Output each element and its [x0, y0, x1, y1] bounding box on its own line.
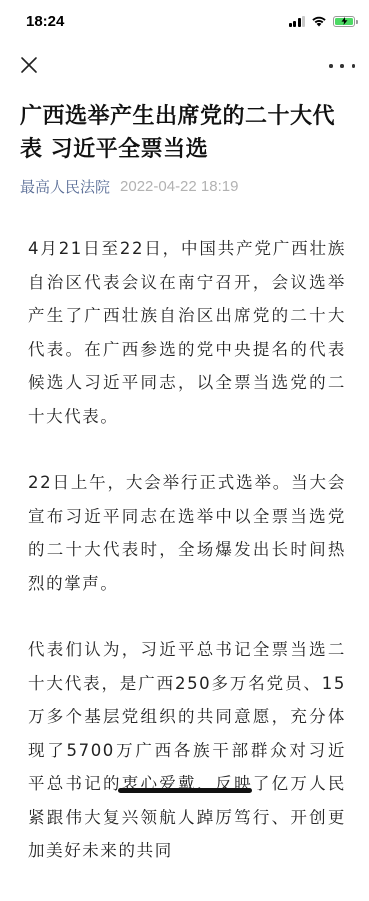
more-icon-dot [340, 64, 344, 68]
battery-charging-icon [333, 16, 355, 27]
signal-icon [289, 16, 306, 27]
article-header: 广西选举产生出席党的二十大代表 习近平全票当选 最高人民法院 2022-04-2… [20, 100, 356, 198]
wifi-icon [311, 15, 327, 27]
close-icon [18, 54, 40, 76]
close-button[interactable] [18, 54, 40, 76]
more-button[interactable] [329, 56, 355, 76]
nav-bar [0, 44, 369, 88]
more-icon-dot [329, 64, 333, 68]
article-source-link[interactable]: 最高人民法院 [20, 176, 110, 198]
status-bar: 18:24 [0, 0, 369, 44]
article-body: 4月21日至22日，中国共产党广西壮族自治区代表会议在南宁召开，会议选举产生了广… [28, 232, 346, 800]
home-indicator[interactable] [118, 788, 252, 793]
paragraph: 代表们认为，习近平总书记全票当选二十大代表，是广西250多万名党员、15万多个基… [28, 633, 346, 800]
article-title: 广西选举产生出席党的二十大代表 习近平全票当选 [20, 100, 356, 166]
article-meta: 最高人民法院 2022-04-22 18:19 [20, 176, 356, 198]
status-time: 18:24 [26, 13, 64, 30]
status-icons [289, 15, 356, 27]
paragraph: 4月21日至22日，中国共产党广西壮族自治区代表会议在南宁召开，会议选举产生了广… [28, 232, 346, 433]
article-timestamp: 2022-04-22 18:19 [120, 176, 238, 198]
more-icon-dot [352, 64, 356, 68]
paragraph: 22日上午，大会举行正式选举。当大会宣布习近平同志在选举中以全票当选党的二十大代… [28, 466, 346, 600]
